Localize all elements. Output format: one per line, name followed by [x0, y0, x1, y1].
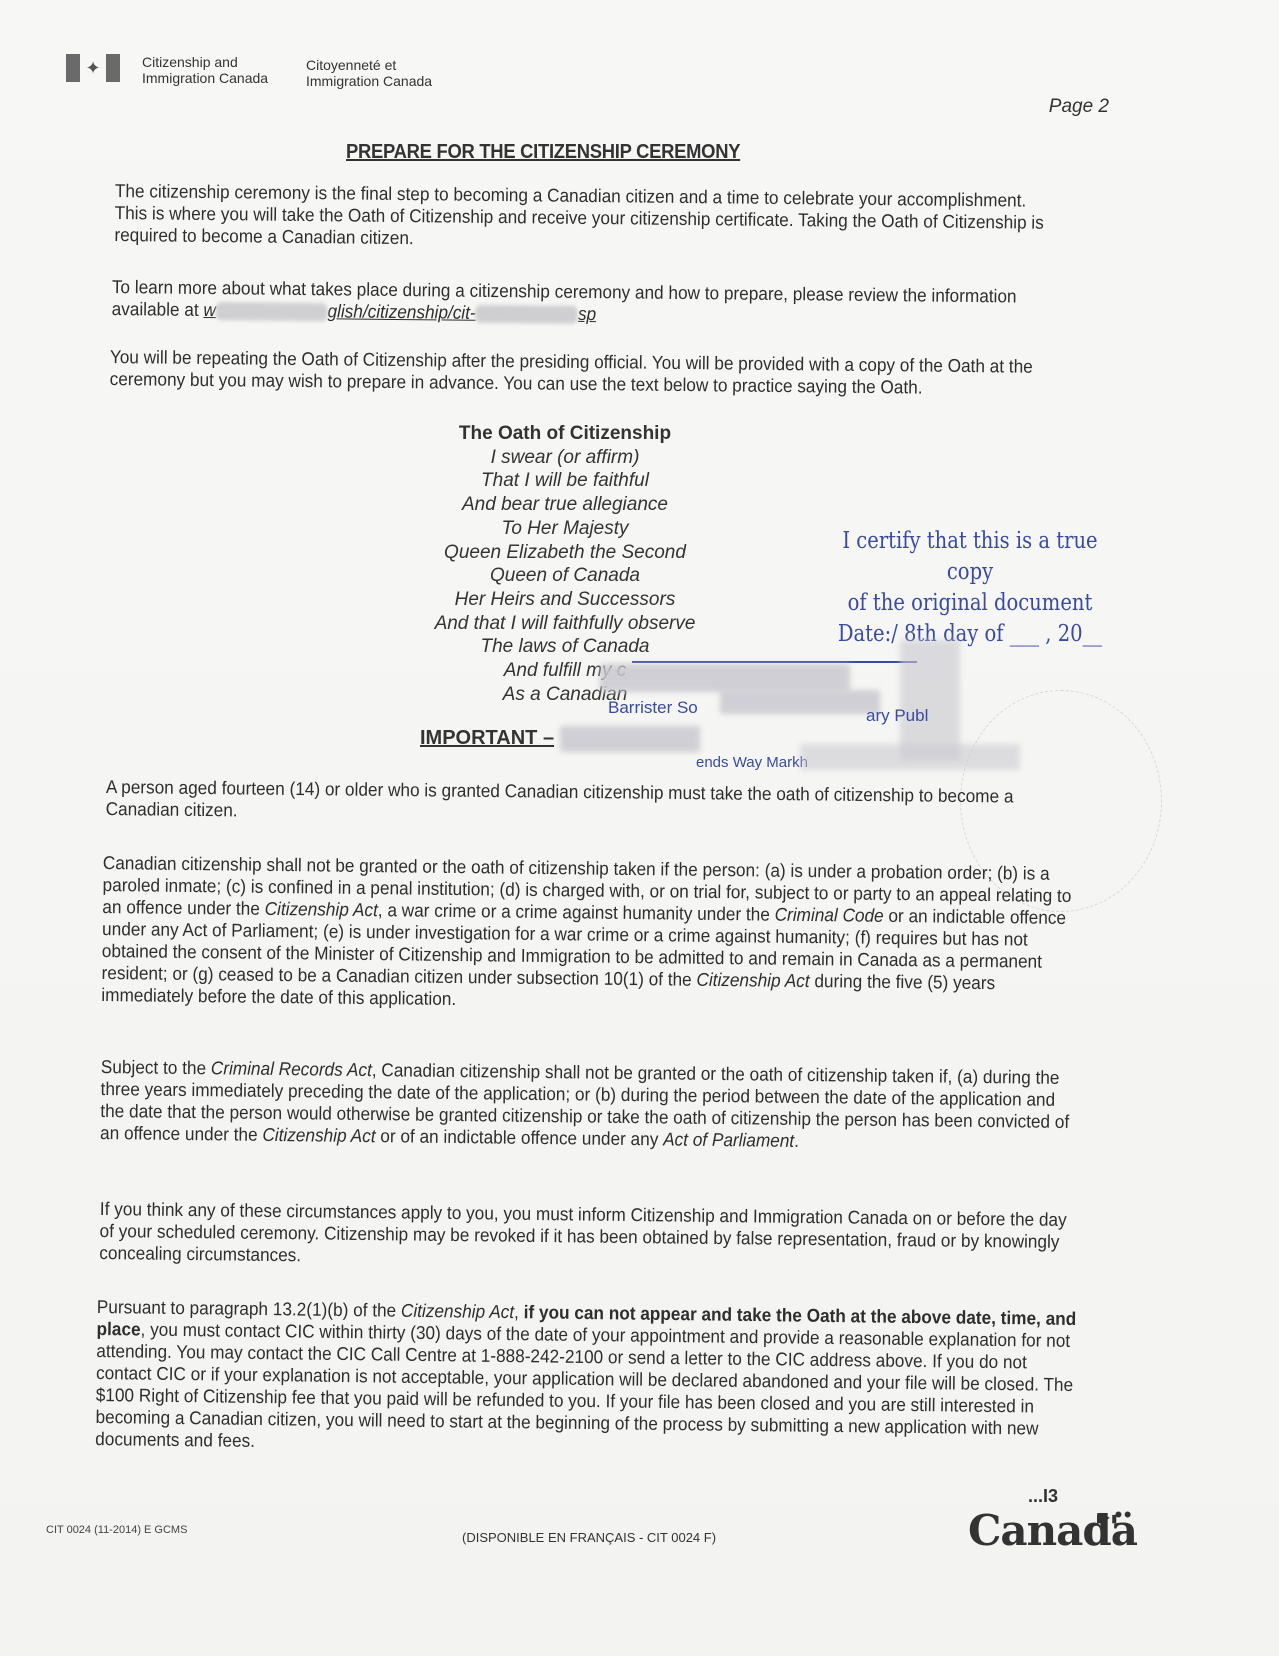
department-fr-line1: Citoyenneté et [306, 57, 432, 73]
oath-line: And bear true allegiance [400, 493, 730, 517]
oath-line: Her Heirs and Successors [400, 588, 730, 612]
oath-line: And that I will faithfully observe [400, 612, 730, 636]
absence-paragraph: Pursuant to paragraph 13.2(1)(b) of the … [95, 1296, 1083, 1462]
intro-paragraph: The citizenship ceremony is the final st… [114, 180, 1054, 256]
canada-flag-icon: ✦ [66, 54, 120, 82]
redaction [600, 664, 850, 692]
notary-stamp-fragment: Barrister So [608, 698, 698, 718]
link-fragment: glish/citizenship/cit- [327, 300, 475, 323]
signature-line [632, 661, 917, 663]
notary-address-fragment: ends Way Markh [696, 754, 808, 771]
form-identifier: CIT 0024 (11-2014) E GCMS [46, 1524, 187, 1536]
department-name-french: Citoyenneté et Immigration Canada [306, 57, 432, 89]
criminal-records-paragraph: Subject to the Criminal Records Act, Can… [100, 1056, 1077, 1155]
department-fr-line2: Immigration Canada [306, 73, 432, 89]
oath-line: I swear (or affirm) [400, 446, 730, 470]
ceremony-info-link[interactable]: wglish/citizenship/cit-sp [203, 299, 596, 324]
repeat-oath-paragraph: You will be repeating the Oath of Citize… [110, 346, 1068, 400]
document-page: ✦ Citizenship and Immigration Canada Cit… [0, 0, 1279, 1656]
redaction [900, 640, 960, 760]
stamp-line1: I certify that this is a true copy [834, 526, 1106, 588]
department-en-line1: Citizenship and [142, 54, 268, 70]
link-fragment: sp [578, 303, 596, 324]
stamp-line2: of the original document [834, 588, 1106, 619]
wordmark-flag-icon: ▮✦▮ [1096, 1512, 1117, 1525]
oath-line: Queen of Canada [400, 564, 730, 588]
continued-page-indicator: ...I3 [1028, 1486, 1058, 1507]
inform-cic-paragraph: If you think any of these circumstances … [99, 1198, 1076, 1275]
page-number: Page 2 [1049, 96, 1109, 118]
page-title: PREPARE FOR THE CITIZENSHIP CEREMONY [346, 141, 740, 164]
redaction [720, 690, 880, 714]
age-requirement-paragraph: A person aged fourteen (14) or older who… [106, 776, 1074, 830]
oath-line: Queen Elizabeth the Second [400, 541, 730, 565]
department-en-line2: Immigration Canada [142, 70, 268, 86]
prohibitions-paragraph: Canadian citizenship shall not be grante… [101, 852, 1079, 1017]
french-availability-note: (DISPONIBLE EN FRANÇAIS - CIT 0024 F) [462, 1530, 716, 1545]
redaction [476, 305, 578, 324]
important-heading: IMPORTANT – [420, 727, 554, 750]
oath-line: To Her Majesty [400, 517, 730, 541]
redaction [800, 744, 1020, 770]
oath-line: That I will be faithful [400, 469, 730, 493]
department-name-english: Citizenship and Immigration Canada [142, 54, 268, 86]
link-fragment: w [203, 299, 216, 320]
redaction [216, 302, 328, 321]
stamp-date-line: Date:/ 8th day of ___ , 20__ [834, 619, 1106, 650]
certification-stamp: I certify that this is a true copy of th… [834, 526, 1106, 650]
oath-line: The laws of Canada [400, 635, 730, 659]
learn-more-paragraph: To learn more about what takes place dur… [112, 276, 1066, 330]
notary-stamp-fragment: ary Publ [866, 706, 928, 726]
oath-title: The Oath of Citizenship [400, 422, 730, 446]
redaction [560, 726, 700, 752]
